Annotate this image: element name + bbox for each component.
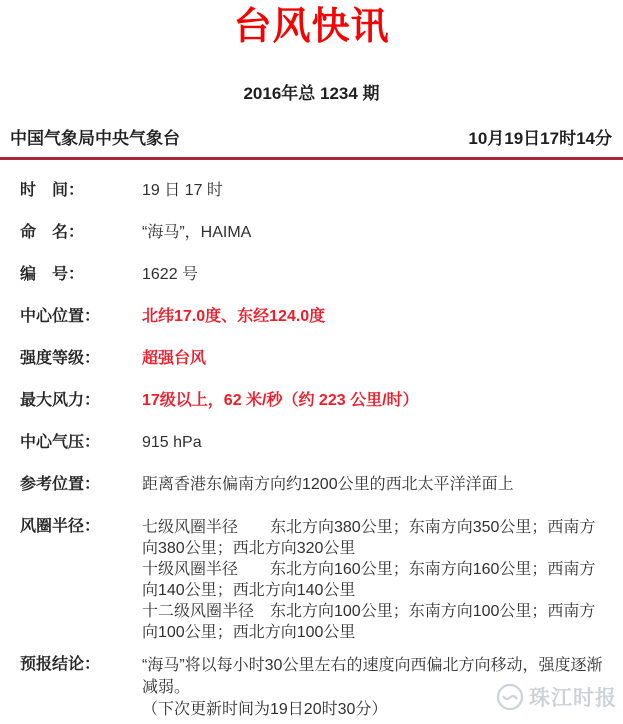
wind-circle-level7: 七级风圈半径 东北方向380公里；东南方向350公里；西南方向380公里；西北方…: [142, 517, 604, 559]
newspaper-logo-icon: [496, 683, 524, 711]
field-row-wind-circles: 风圈半径： 七级风圈半径 东北方向380公里；东南方向350公里；西南方向380…: [0, 517, 623, 643]
field-row-max-wind: 最大风力： 17级以上，62 米/秒（约 223 公里/时）: [0, 391, 623, 411]
field-label: 命 名：: [20, 223, 142, 243]
field-label: 预报结论：: [20, 655, 142, 675]
field-row-reference-position: 参考位置： 距离香港东偏南方向约1200公里的西北太平洋洋面上: [0, 475, 623, 495]
issue-number: 2016年总 1234 期: [0, 84, 623, 104]
page-title: 台风快讯: [0, 0, 623, 47]
field-value: 超强台风: [142, 349, 623, 369]
field-value: 北纬17.0度、东经124.0度: [142, 307, 623, 327]
field-label: 强度等级：: [20, 349, 142, 369]
wind-circle-level10: 十级风圈半径 东北方向160公里；东南方向160公里；西南方向140公里；西北方…: [142, 559, 604, 601]
field-row-intensity: 强度等级： 超强台风: [0, 349, 623, 369]
publisher-watermark: 珠江时报: [496, 682, 617, 712]
wind-circle-values: 七级风圈半径 东北方向380公里；东南方向350公里；西南方向380公里；西北方…: [142, 517, 623, 643]
typhoon-bulletin-page: 台风快讯 2016年总 1234 期 中国气象局中央气象台 10月19日17时1…: [0, 0, 623, 724]
field-label: 参考位置：: [20, 475, 142, 495]
field-label: 编 号：: [20, 265, 142, 285]
field-row-name: 命 名： “海马”，HAIMA: [0, 223, 623, 243]
field-value: 17级以上，62 米/秒（约 223 公里/时）: [142, 391, 623, 411]
agency-name: 中国气象局中央气象台: [10, 128, 180, 150]
issue-datetime: 10月19日17时14分: [468, 128, 612, 150]
field-label: 时 间：: [20, 181, 142, 201]
field-label: 中心气压：: [20, 433, 142, 453]
field-value: 915 hPa: [142, 433, 623, 453]
wind-circle-level12: 十二级风圈半径 东北方向100公里；东南方向100公里；西南方向100公里；西北…: [142, 601, 604, 643]
field-row-number: 编 号： 1622 号: [0, 265, 623, 285]
bulletin-fields: 时 间： 19 日 17 时 命 名： “海马”，HAIMA 编 号： 1622…: [0, 181, 623, 721]
field-label: 最大风力：: [20, 391, 142, 411]
field-row-center-position: 中心位置： 北纬17.0度、东经124.0度: [0, 307, 623, 327]
publisher-name: 珠江时报: [529, 682, 617, 712]
red-divider-line: [0, 157, 623, 160]
field-row-time: 时 间： 19 日 17 时: [0, 181, 623, 201]
field-value: 距离香港东偏南方向约1200公里的西北太平洋洋面上: [142, 475, 623, 495]
field-value: “海马”，HAIMA: [142, 223, 623, 243]
field-row-pressure: 中心气压： 915 hPa: [0, 433, 623, 453]
field-value: 1622 号: [142, 265, 623, 285]
field-label: 中心位置：: [20, 307, 142, 327]
field-label: 风圈半径：: [20, 517, 142, 537]
agency-row: 中国气象局中央气象台 10月19日17时14分: [0, 128, 623, 150]
field-value: 19 日 17 时: [142, 181, 623, 201]
